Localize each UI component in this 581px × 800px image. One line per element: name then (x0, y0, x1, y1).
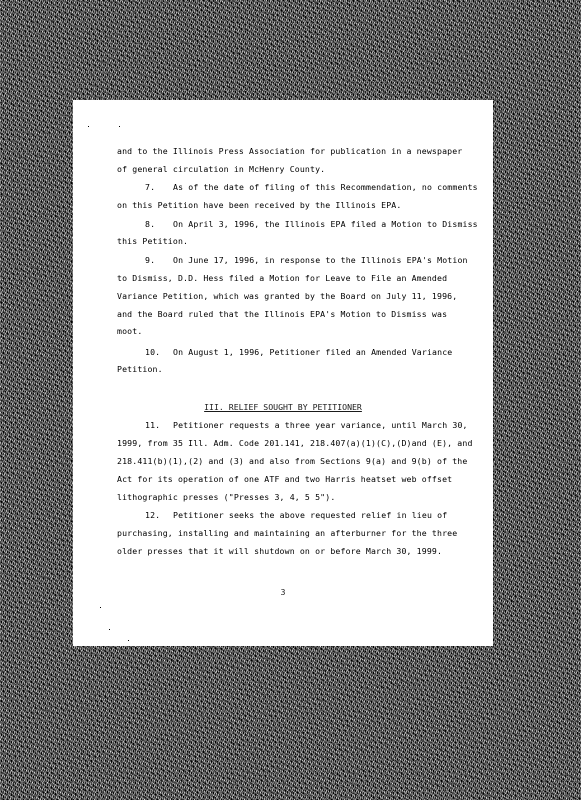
paragraph-number: 7. (145, 182, 173, 192)
page-number: 3 (273, 588, 293, 597)
paragraph-text: On April 3, 1996, the Illinois EPA filed… (173, 219, 478, 229)
scan-speck (100, 607, 101, 608)
text-line: of general circulation in McHenry County… (117, 164, 325, 174)
text-line: moot. (117, 326, 142, 336)
paragraph-text: Petitioner requests a three year varianc… (173, 420, 468, 430)
text-line: Variance Petition, which was granted by … (117, 291, 457, 301)
paragraph-number: 10. (145, 347, 173, 357)
text-line: Petition. (117, 364, 163, 374)
paragraph-9: 9.On June 17, 1996, in response to the I… (145, 255, 468, 265)
paragraph-11: 11.Petitioner requests a three year vari… (145, 420, 468, 430)
section-heading: III. RELIEF SOUGHT BY PETITIONER (73, 402, 493, 412)
paragraph-text: Petitioner seeks the above requested rel… (173, 510, 447, 520)
paragraph-number: 11. (145, 420, 173, 430)
scan-speck (88, 126, 89, 127)
paragraph-number: 12. (145, 510, 173, 520)
text-line: 1999, from 35 Ill. Adm. Code 201.141, 21… (117, 438, 473, 448)
paragraph-text: On June 17, 1996, in response to the Ill… (173, 255, 468, 265)
paragraph-7: 7.As of the date of filing of this Recom… (145, 182, 478, 192)
text-line: to Dismiss, D.D. Hess filed a Motion for… (117, 273, 447, 283)
scan-speck (128, 640, 129, 641)
text-line: and to the Illinois Press Association fo… (117, 146, 462, 156)
paragraph-number: 9. (145, 255, 173, 265)
text-line: lithographic presses ("Presses 3, 4, 5 5… (117, 492, 335, 502)
scan-speck (119, 126, 120, 127)
paragraph-10: 10.On August 1, 1996, Petitioner filed a… (145, 347, 452, 357)
paragraph-8: 8.On April 3, 1996, the Illinois EPA fil… (145, 219, 478, 229)
paragraph-text: On August 1, 1996, Petitioner filed an A… (173, 347, 452, 357)
text-line: 218.411(b)(1),(2) and (3) and also from … (117, 456, 467, 466)
document-page: and to the Illinois Press Association fo… (73, 100, 493, 646)
text-line: older presses that it will shutdown on o… (117, 546, 442, 556)
text-line: on this Petition have been received by t… (117, 200, 401, 210)
text-line: purchasing, installing and maintaining a… (117, 528, 457, 538)
scan-speck (109, 629, 110, 630)
text-line: Act for its operation of one ATF and two… (117, 474, 452, 484)
text-line: and the Board ruled that the Illinois EP… (117, 309, 447, 319)
paragraph-text: As of the date of filing of this Recomme… (173, 182, 478, 192)
paragraph-number: 8. (145, 219, 173, 229)
text-line: this Petition. (117, 236, 188, 246)
paragraph-12: 12.Petitioner seeks the above requested … (145, 510, 447, 520)
